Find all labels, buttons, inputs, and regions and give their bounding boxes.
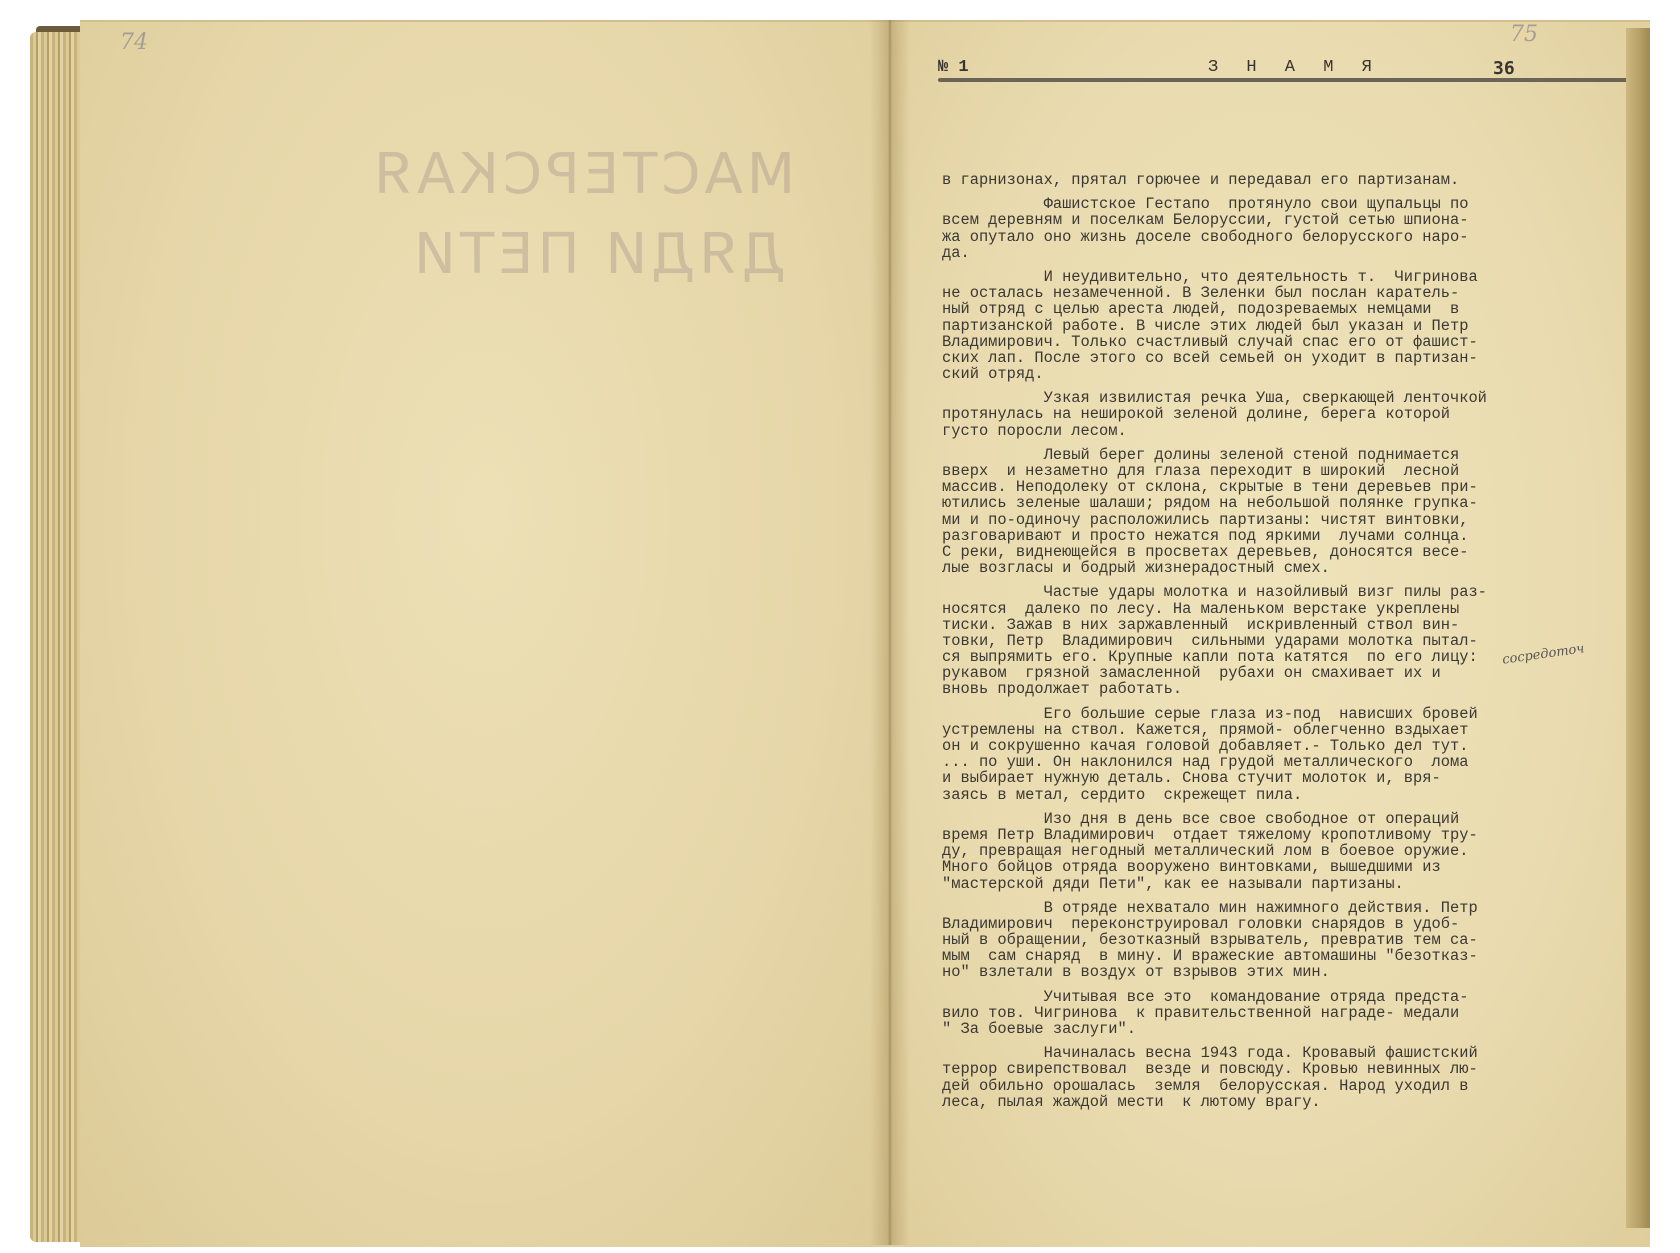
text-line: не осталась незамеченной. В Зеленки был … [942,285,1542,301]
issue-number: № 1 [938,58,969,77]
paragraph: И неудивительно, что деятельность т. Чиг… [942,269,1542,382]
left-page: 74 МАСТЕРСКАЯ ДЯДИ ПЕТИ [80,20,890,1247]
text-line: мым сам снаряд в мину. И вражеские автом… [942,948,1542,964]
text-line: Фашистское Гестапо протянуло свои щупаль… [942,196,1542,212]
text-line: лые возгласы и бодрый жизнерадостный сме… [942,560,1542,576]
paragraph: Его большие серые глаза из-под нависших … [942,706,1542,803]
text-line: ский отряд. [942,366,1542,382]
paragraph: Левый берег долины зеленой стеной подним… [942,447,1542,577]
page-number: 36 [1493,58,1515,79]
paragraph: Фашистское Гестапо протянуло свои щупаль… [942,196,1542,261]
right-page: 75 № 1 З Н А М Я 36 сосредоточ в гарнизо… [890,20,1650,1247]
text-line: заясь в метал, сердито скрежещет пила. [942,787,1542,803]
paragraph: Частые удары молотка и назойливый визг п… [942,584,1542,697]
left-pencil-folio: 74 [120,30,148,55]
book-gutter [870,20,910,1245]
text-line: густо поросли лесом. [942,423,1542,439]
book-cover-edge [36,26,86,32]
text-line: разговаривают и просто нежатся под ярким… [942,528,1542,544]
open-book: 74 МАСТЕРСКАЯ ДЯДИ ПЕТИ 75 № 1 З Н А М Я… [30,20,1670,1245]
text-line: "мастерской дяди Пети", как ее называли … [942,876,1542,892]
text-line: партизанской работе. В числе этих людей … [942,318,1542,334]
text-line: время Петр Владимирович отдает тяжелому … [942,827,1542,843]
text-line: " За боевые заслуги". [942,1021,1542,1037]
text-line: С реки, виднеющейся в просветах деревьев… [942,544,1542,560]
text-line: жа опутало оно жизнь доселе свободного б… [942,229,1542,245]
text-line: Левый берег долины зеленой стеной подним… [942,447,1542,463]
paragraph: Начиналась весна 1943 года. Кровавый фаш… [942,1045,1542,1110]
text-line: но" взлетали в воздух от взрывов этих ми… [942,964,1542,980]
text-line: террор свирепствовал везде и повсюду. Кр… [942,1061,1542,1077]
text-line: ютились зеленые шалаши; рядом на небольш… [942,495,1542,511]
text-line: Много бойцов отряда вооружено винтовками… [942,859,1542,875]
text-line: да. [942,245,1542,261]
show-through-line-2: ДЯДИ ПЕТИ [410,222,786,287]
text-line: Частые удары молотка и назойливый визг п… [942,584,1542,600]
text-line: Владимирович. Только счастливый случай с… [942,334,1542,350]
article-body: в гарнизонах, прятал горючее и передавал… [942,172,1542,1118]
text-line: вило тов. Чигринова к правительственной … [942,1005,1542,1021]
text-line: массив. Неподолеку от склона, скрытые в … [942,479,1542,495]
newspaper-title: З Н А М Я [1208,58,1381,77]
paragraph: Учитывая все это командование отряда пре… [942,989,1542,1038]
text-line: и выбирает нужную деталь. Снова стучит м… [942,770,1542,786]
text-line: Его большие серые глаза из-под нависших … [942,706,1542,722]
text-line: вновь продолжает работать. [942,681,1542,697]
text-line: ду, превращая негодный металлический лом… [942,843,1542,859]
text-line: товки, Петр Владимирович сильными ударам… [942,633,1542,649]
text-line: В отряде нехватало мин нажимного действи… [942,900,1542,916]
text-line: ся выпрямить его. Крупные капли пота кат… [942,649,1542,665]
text-line: Начиналась весна 1943 года. Кровавый фаш… [942,1045,1542,1061]
text-line: Учитывая все это командование отряда пре… [942,989,1542,1005]
text-line: Изо дня в день все свое свободное от опе… [942,811,1542,827]
text-line: дей обильно орошалась земля белорусская.… [942,1078,1542,1094]
text-line: тиски. Зажав в них заржавленный искривле… [942,617,1542,633]
text-line: протянулась на неширокой зеленой долине,… [942,406,1542,422]
header-rule [938,78,1650,82]
paragraph: Узкая извилистая речка Уша, сверкающей л… [942,390,1542,439]
paragraph: Изо дня в день все свое свободное от опе… [942,811,1542,892]
text-line: носятся далеко по лесу. На маленьком вер… [942,601,1542,617]
text-line: ских лап. После этого со всей семьей он … [942,350,1542,366]
paragraph: В отряде нехватало мин нажимного действи… [942,900,1542,981]
right-pencil-folio: 75 [1510,22,1538,47]
text-line: леса, пылая жаждой мести к лютому врагу. [942,1094,1542,1110]
paragraph: в гарнизонах, прятал горючее и передавал… [942,172,1542,188]
text-line: всем деревням и поселкам Белоруссии, гус… [942,212,1542,228]
text-line: в гарнизонах, прятал горючее и передавал… [942,172,1542,188]
text-line: ный в обращении, безотказный взрыватель,… [942,932,1542,948]
show-through-line-1: МАСТЕРСКАЯ [370,142,795,207]
text-line: Узкая извилистая речка Уша, сверкающей л… [942,390,1542,406]
text-line: И неудивительно, что деятельность т. Чиг… [942,269,1542,285]
text-line: ми и по-одиночу расположились партизаны:… [942,512,1542,528]
text-line: Владимирович переконструировал головки с… [942,916,1542,932]
right-page-edge [1626,28,1650,1228]
text-line: ... по уши. Он наклонился над грудой мет… [942,754,1542,770]
text-line: рукавом грязной замасленной рубахи он см… [942,665,1542,681]
text-line: ный отряд с целью ареста людей, подозрев… [942,301,1542,317]
text-line: он и сокрушенно качая головой добавляет.… [942,738,1542,754]
text-line: устремлены на ствол. Кажется, прямой- об… [942,722,1542,738]
text-line: вверх и незаметно для глаза переходит в … [942,463,1542,479]
